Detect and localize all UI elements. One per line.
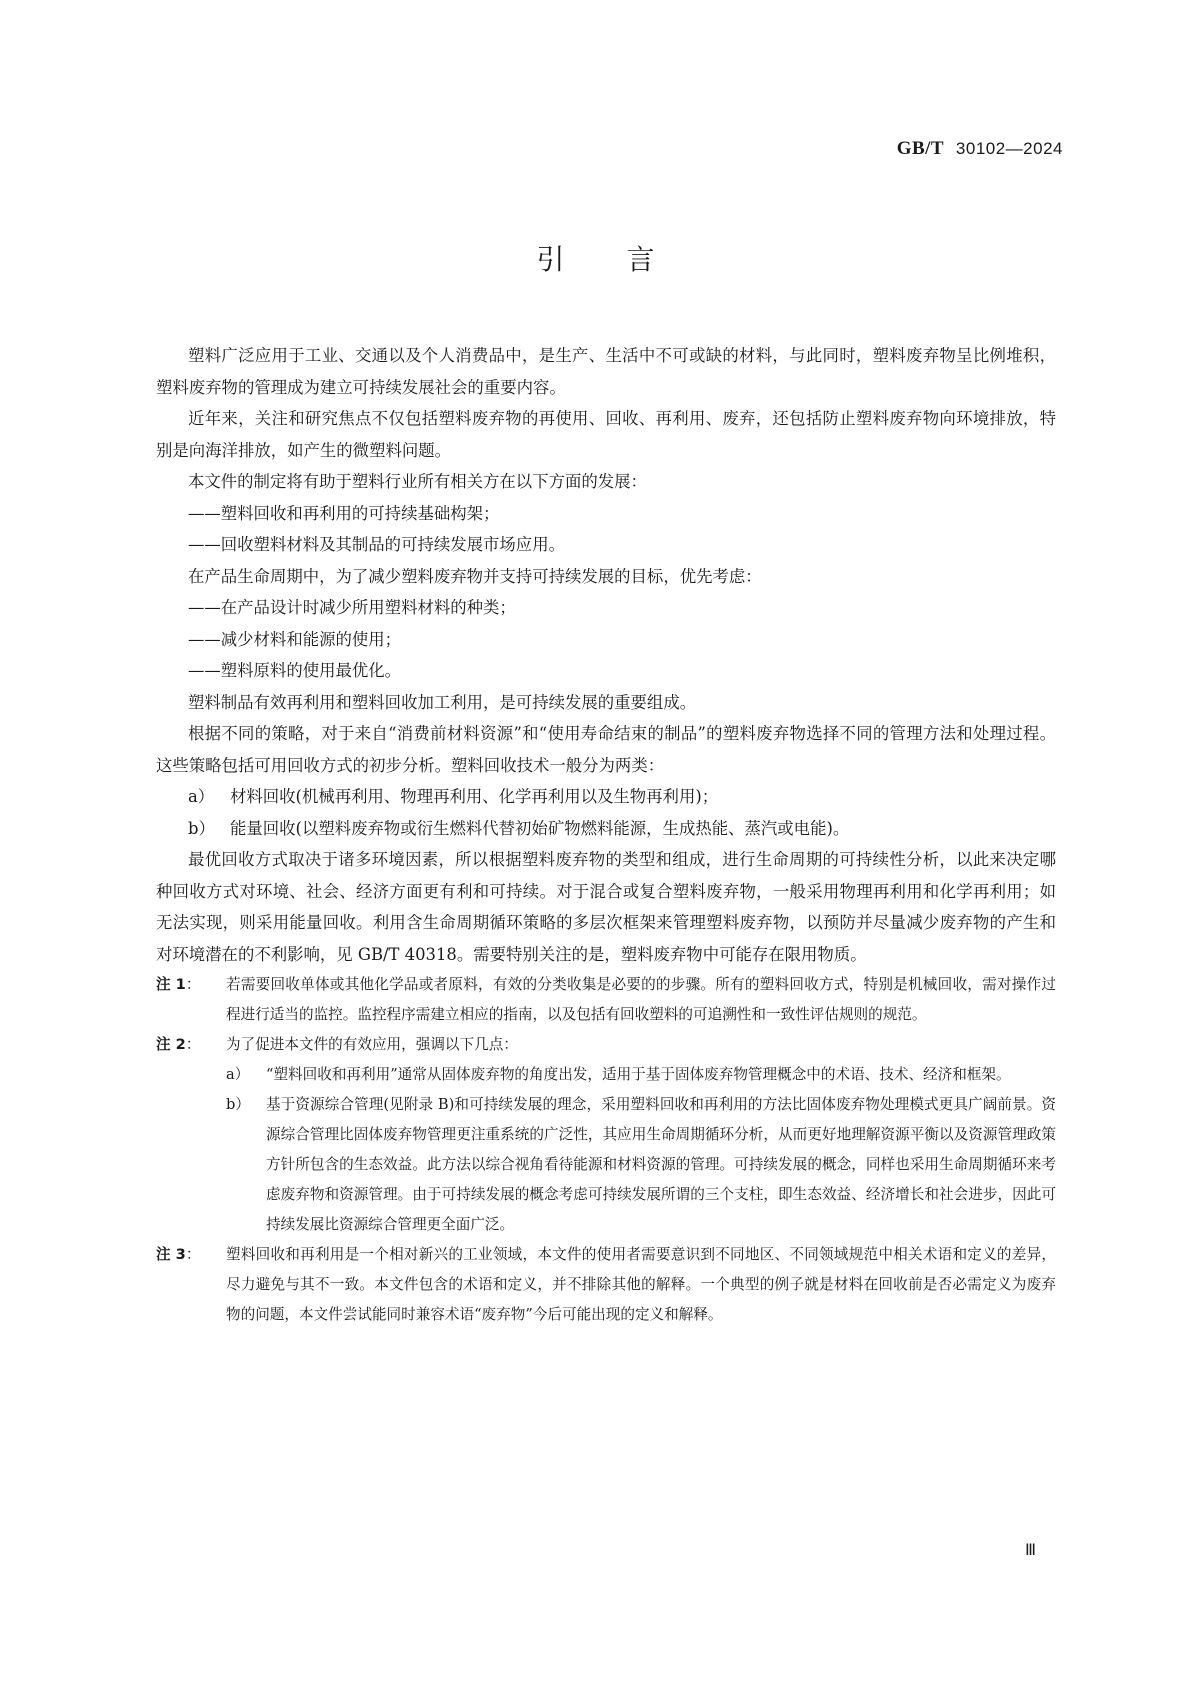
dash-list-item: ——减少材料和能源的使用； [156,624,1056,656]
list-marker: a） [188,781,230,813]
note-label: 注 1： [156,970,226,1030]
paragraph: 近年来，关注和研究焦点不仅包括塑料废弃物的再使用、回收、再利用、废弃，还包括防止… [156,403,1056,466]
dash-list-item: ——塑料回收和再利用的可持续基础构架； [156,498,1056,530]
note-text: 若需要回收单体或其他化学品或者原料，有效的分类收集是必要的的步骤。所有的塑料回收… [226,970,1056,1030]
page-number: Ⅲ [1025,1540,1036,1560]
page-title: 引言 [0,238,1191,278]
note-1: 注 1： 若需要回收单体或其他化学品或者原料，有效的分类收集是必要的的步骤。所有… [156,970,1056,1030]
note-text: 塑料回收和再利用是一个相对新兴的工业领域，本文件的使用者需要意识到不同地区、不同… [226,1240,1056,1330]
note-3: 注 3： 塑料回收和再利用是一个相对新兴的工业领域，本文件的使用者需要意识到不同… [156,1240,1056,1330]
list-marker: a） [226,1060,266,1090]
dash-list-item: ——在产品设计时减少所用塑料材料的种类； [156,592,1056,624]
lettered-list-item: a） 材料回收(机械再利用、物理再利用、化学再利用以及生物再利用)； [156,781,1056,813]
paragraph: 塑料制品有效再利用和塑料回收加工利用，是可持续发展的重要组成。 [156,687,1056,719]
paragraph: 根据不同的策略，对于来自“消费前材料资源”和“使用寿命结束的制品”的塑料废弃物选… [156,718,1056,781]
paragraph: 最优回收方式取决于诸多环境因素，所以根据塑料废弃物的类型和组成，进行生命周期的可… [156,844,1056,970]
lettered-list-item: b） 能量回收(以塑料废弃物或衍生燃料代替初始矿物燃料能源，生成热能、蒸汽或电能… [156,813,1056,845]
standard-code: 30102—2024 [956,139,1063,158]
note-2-item-a: a） “塑料回收和再利用”通常从固体废弃物的角度出发，适用于基于固体废弃物管理概… [156,1060,1056,1090]
standard-prefix: GB/T [897,138,944,159]
document-body: 塑料广泛应用于工业、交通以及个人消费品中，是生产、生活中不可或缺的材料，与此同时… [156,340,1056,1330]
note-2-item-b: b） 基于资源综合管理(见附录 B)和可持续发展的理念，采用塑料回收和再利用的方… [156,1090,1056,1240]
note-label: 注 2： [156,1030,226,1060]
list-marker: b） [226,1090,266,1240]
list-marker: b） [188,813,230,845]
paragraph: 在产品生命周期中，为了减少塑料废弃物并支持可持续发展的目标，优先考虑： [156,561,1056,593]
dash-list-item: ——塑料原料的使用最优化。 [156,655,1056,687]
note-label: 注 3： [156,1240,226,1330]
list-text: 能量回收(以塑料废弃物或衍生燃料代替初始矿物燃料能源，生成热能、蒸汽或电能)。 [230,813,849,845]
paragraph: 塑料广泛应用于工业、交通以及个人消费品中，是生产、生活中不可或缺的材料，与此同时… [156,340,1056,403]
note-2: 注 2： 为了促进本文件的有效应用，强调以下几点： [156,1030,1056,1060]
list-text: 材料回收(机械再利用、物理再利用、化学再利用以及生物再利用)； [230,781,718,813]
paragraph: 本文件的制定将有助于塑料行业所有相关方在以下方面的发展： [156,466,1056,498]
dash-list-item: ——回收塑料材料及其制品的可持续发展市场应用。 [156,529,1056,561]
note-text: 为了促进本文件的有效应用，强调以下几点： [226,1030,1056,1060]
list-text: “塑料回收和再利用”通常从固体废弃物的角度出发，适用于基于固体废弃物管理概念中的… [266,1060,1056,1090]
standard-number: GB/T 30102—2024 [897,138,1063,160]
list-text: 基于资源综合管理(见附录 B)和可持续发展的理念，采用塑料回收和再利用的方法比固… [266,1090,1056,1240]
